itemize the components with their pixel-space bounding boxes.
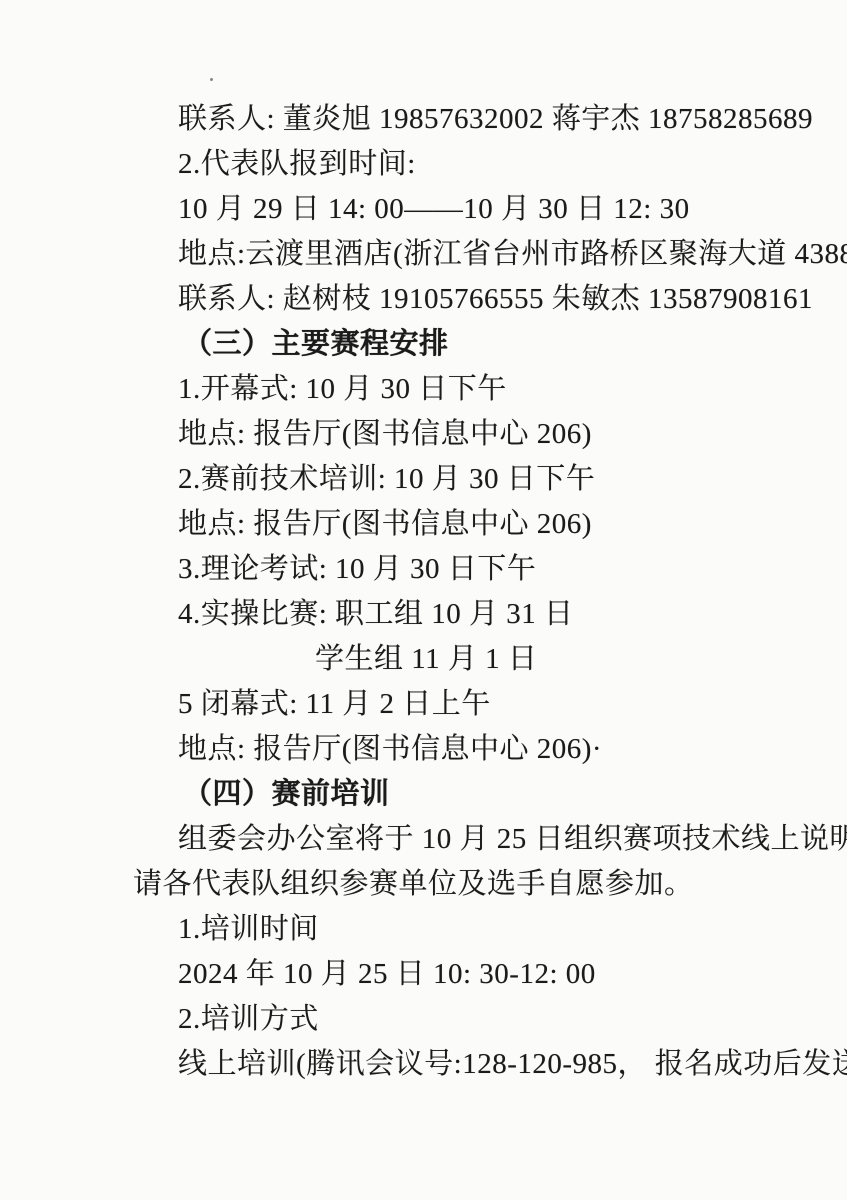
training-method-label: 2.培训方式 — [0, 997, 847, 1042]
contact-line-hotel: 联系人: 赵树枝 19105766555 朱敏杰 13587908161 — [0, 277, 847, 322]
scan-artifact-dot — [210, 78, 213, 81]
practical-competition-students: 学生组 11 月 1 日 — [0, 637, 847, 682]
opening-ceremony-location: 地点: 报告厅(图书信息中心 206) — [0, 412, 847, 457]
contact-line-registration: 联系人: 董炎旭 19857632002 蒋宇杰 18758285689 — [0, 97, 847, 142]
training-notice-paragraph-line-1: 组委会办公室将于 10 月 25 日组织赛项技术线上说明会， — [0, 817, 847, 862]
training-time-value: 2024 年 10 月 25 日 10: 30-12: 00 — [0, 952, 847, 997]
training-time-label: 1.培训时间 — [0, 907, 847, 952]
theory-exam-item: 3.理论考试: 10 月 30 日下午 — [0, 547, 847, 592]
checkin-location: 地点:云渡里酒店(浙江省台州市路桥区聚海大道 4388 号) — [0, 232, 847, 277]
document-text-block: 联系人: 董炎旭 19857632002 蒋宇杰 18758285689 2.代… — [0, 97, 847, 1087]
delegation-checkin-time-value: 10 月 29 日 14: 00——10 月 30 日 12: 30 — [0, 187, 847, 232]
section-3-heading: （三）主要赛程安排 — [0, 322, 847, 367]
practical-competition-item: 4.实操比赛: 职工组 10 月 31 日 — [0, 592, 847, 637]
training-notice-paragraph-line-2: 请各代表队组织参赛单位及选手自愿参加。 — [0, 862, 847, 907]
closing-ceremony-location: 地点: 报告厅(图书信息中心 206)· — [0, 727, 847, 772]
training-method-value: 线上培训(腾讯会议号:128-120-985， 报名成功后发送 — [0, 1042, 847, 1087]
closing-ceremony-item: 5 闭幕式: 11 月 2 日上午 — [0, 682, 847, 727]
opening-ceremony-item: 1.开幕式: 10 月 30 日下午 — [0, 367, 847, 412]
pre-match-training-location: 地点: 报告厅(图书信息中心 206) — [0, 502, 847, 547]
pre-match-training-item: 2.赛前技术培训: 10 月 30 日下午 — [0, 457, 847, 502]
section-4-heading: （四）赛前培训 — [0, 772, 847, 817]
delegation-checkin-time-label: 2.代表队报到时间: — [0, 142, 847, 187]
document-page: 联系人: 董炎旭 19857632002 蒋宇杰 18758285689 2.代… — [0, 0, 847, 1200]
